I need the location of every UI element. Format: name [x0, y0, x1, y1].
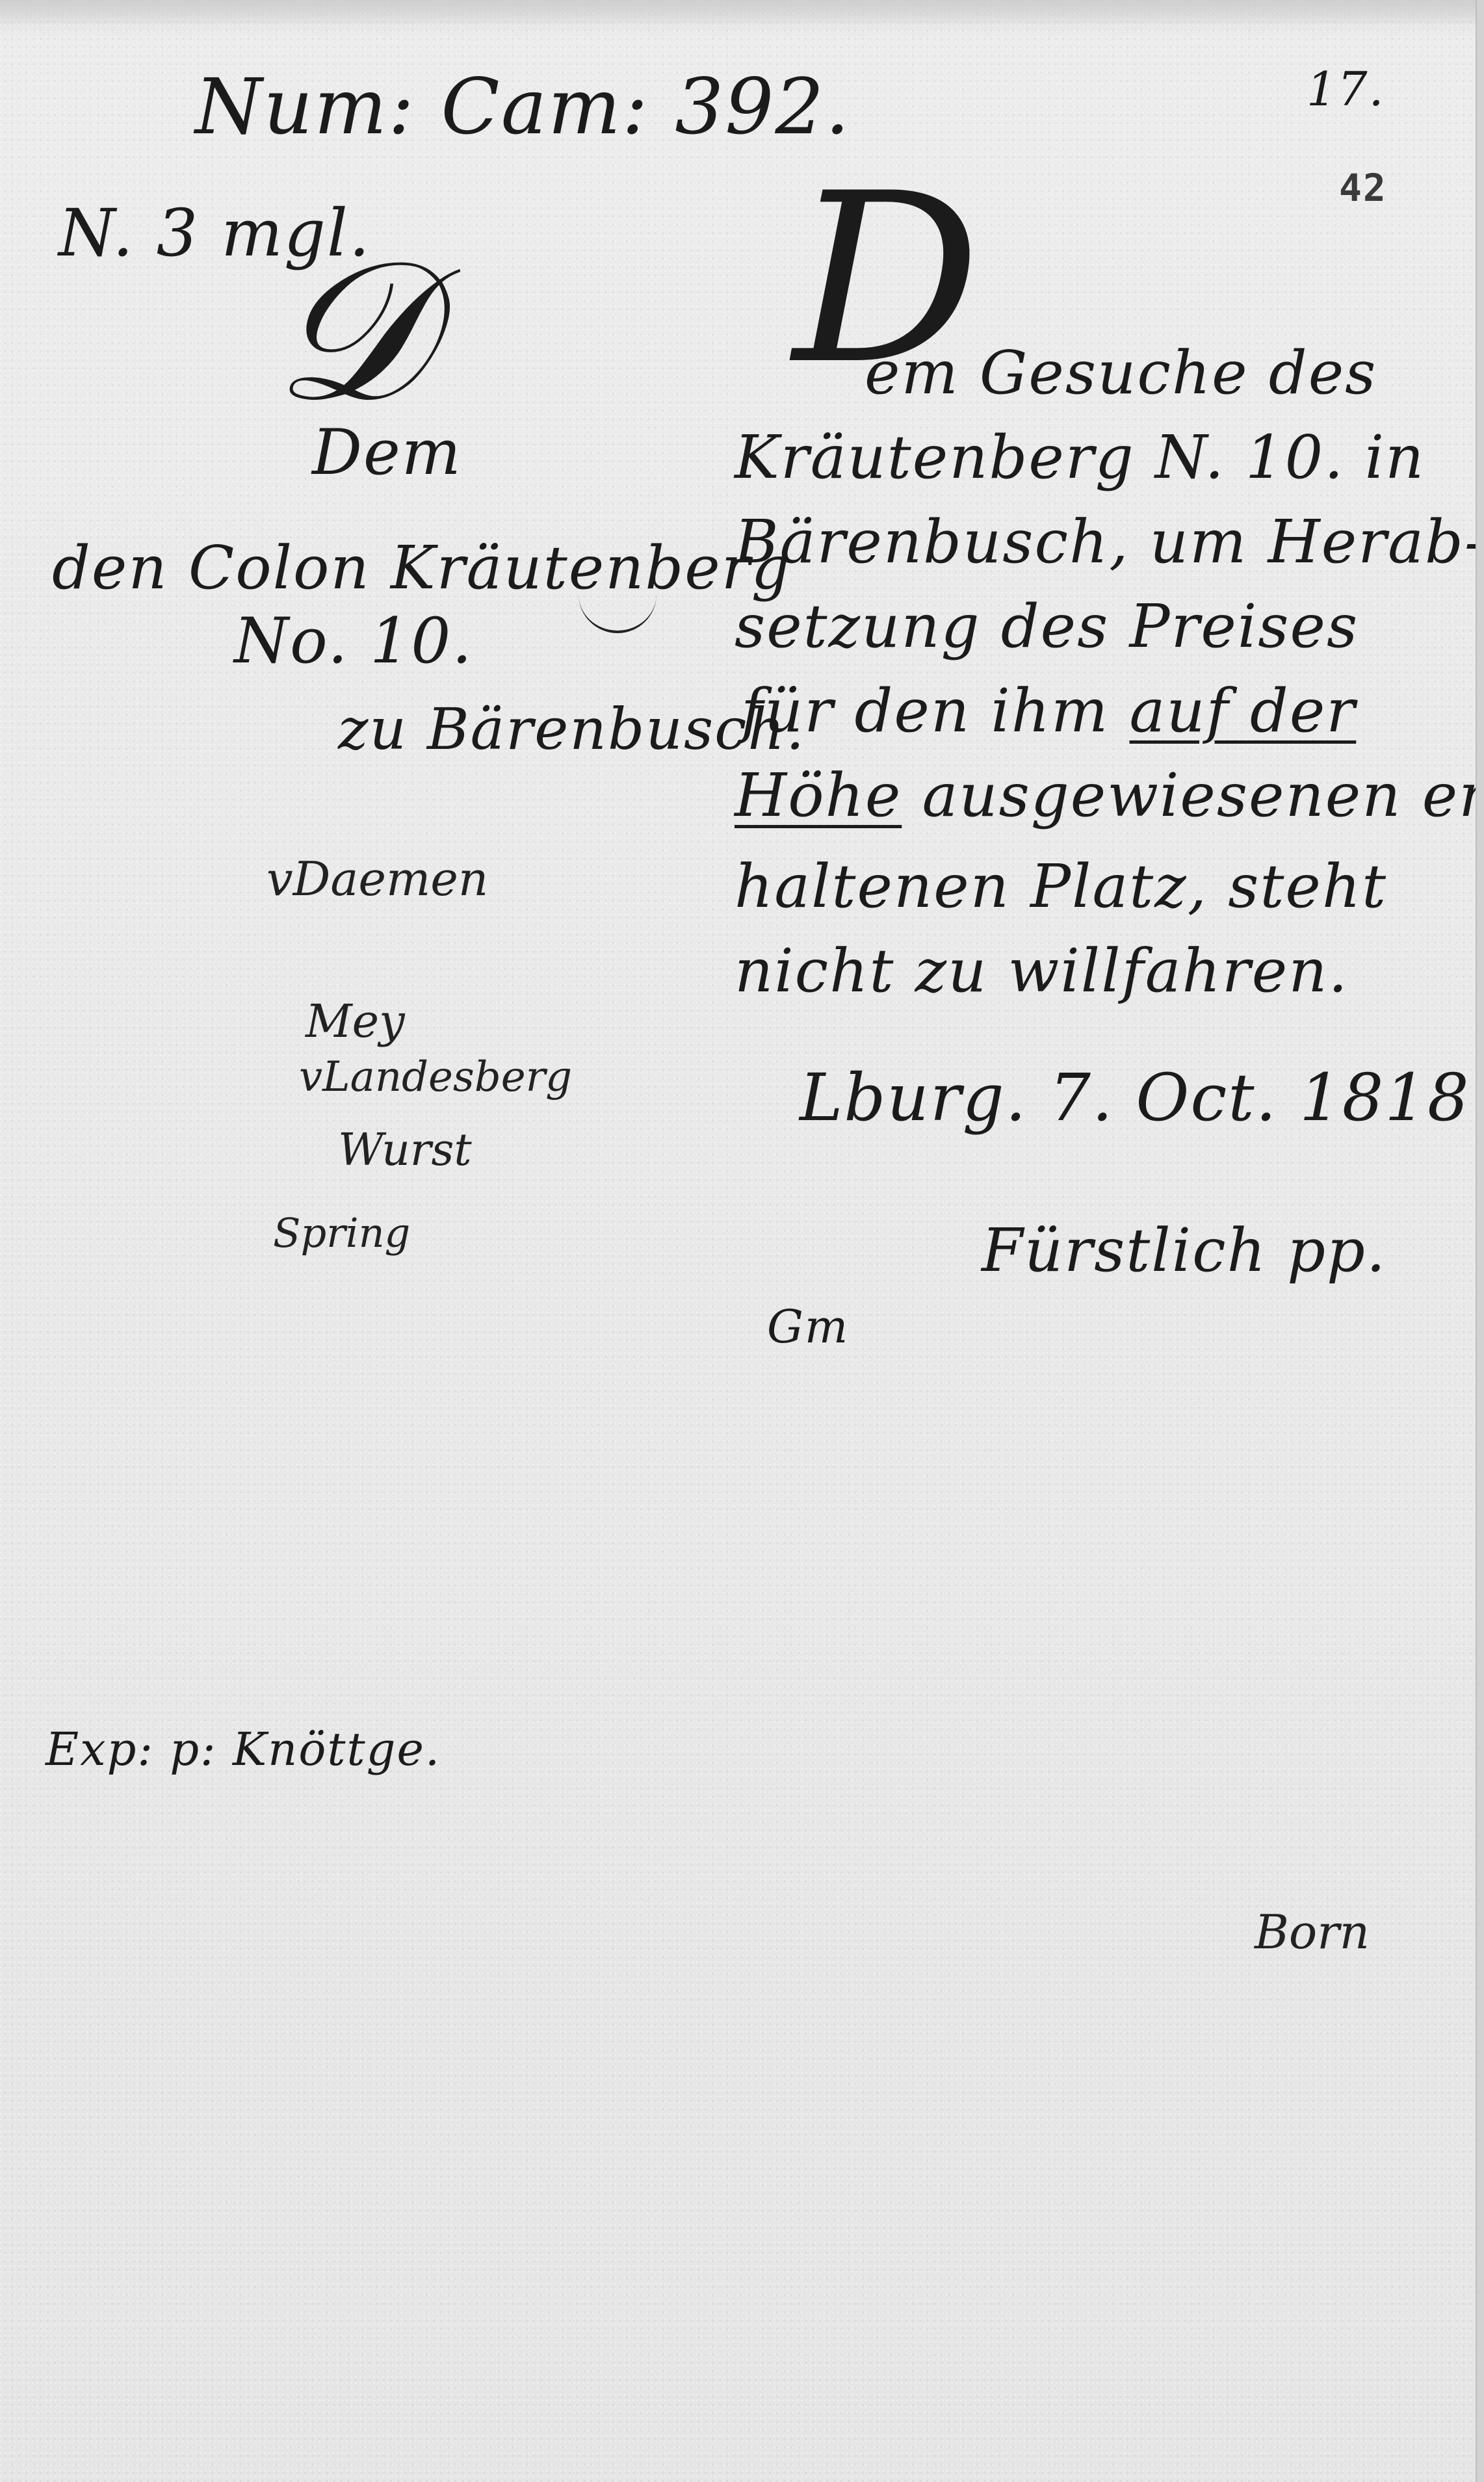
body-line-6: Höhe ausgewiesenen er- [735, 761, 1484, 830]
address-salutation: Dem [312, 416, 462, 489]
body-line-8: nicht zu willfahren. [735, 936, 1349, 1006]
body-line-6-text: ausgewiesenen er- [922, 761, 1484, 830]
address-flourish [579, 559, 657, 633]
date-line: Lburg. 7. Oct. 1818. [800, 1060, 1484, 1136]
body-line-5-text: für den ihm [741, 676, 1109, 746]
folio-handwritten: 17. [1307, 62, 1385, 116]
initials-mark: Gm [767, 1300, 849, 1353]
body-line-7: haltenen Platz, steht [735, 852, 1387, 921]
closing-formula: Fürstlich pp. [982, 1216, 1386, 1285]
page-edge [1476, 0, 1484, 2482]
body-line-1: em Gesuche des [865, 338, 1377, 408]
reference-number: Num: Cam: 392. [195, 62, 851, 151]
expedition-note: Exp: p: Knöttge. [46, 1723, 441, 1776]
folio-stamp: 42 [1339, 166, 1387, 210]
body-line-4: setzung des Preises [735, 592, 1359, 661]
address-recipient: den Colon Kräutenberg [52, 533, 791, 603]
signature-2: Mey [306, 995, 405, 1048]
signature-1: vDaemen [267, 852, 488, 906]
document-page: Num: Cam: 392. 17. 42 N. 3 mgl. 𝒟 Dem de… [0, 0, 1476, 2482]
signature-4: Wurst [338, 1125, 472, 1176]
signature-3: vLandesberg [299, 1053, 572, 1101]
body-line-5: für den ihm auf der [741, 676, 1356, 746]
page-fold-shadow [0, 0, 1476, 26]
underlined-phrase: auf der [1130, 676, 1357, 746]
signature-5: Spring [273, 1209, 410, 1257]
body-line-3: Bärenbusch, um Herab- [735, 507, 1484, 577]
body-line-2: Kräutenberg N. 10. in [735, 423, 1425, 492]
underlined-word: Höhe [735, 761, 902, 830]
address-initial: 𝒟 [273, 234, 428, 429]
address-house-number: No. 10. [234, 605, 473, 677]
signature-bottom-right: Born [1255, 1905, 1370, 1959]
address-place: zu Bärenbusch. [338, 696, 805, 763]
